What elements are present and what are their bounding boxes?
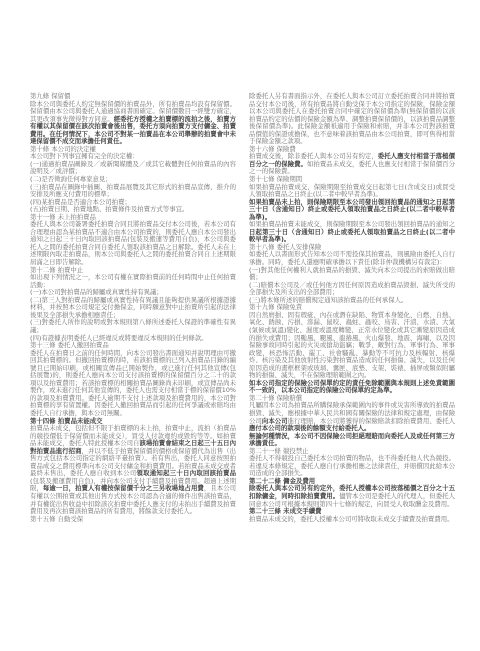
body-text: (一)對其他任何權利人就拍賣品的損毀、滅失向本公司提出的索賠做出賠償；: [249, 266, 455, 282]
paragraph: 如本公司指定的保險公司保單約定的責任免除範圍與本規則上述免責範圍不一致的，以本公…: [249, 380, 455, 395]
body-text: 因自然磨損、固有瑕疵、內在或潛在缺陷、物質本身變化、自燃、自熱、氧化、銹蝕、污損…: [249, 311, 455, 379]
paragraph: 除委托人與本公司另有約定外，委托人授權本公司按落槌價之百分之十五扣除傭金，同時扣…: [249, 485, 455, 508]
paragraph: 除委托人另有書面指示外，在委托人與本公司訂立委托拍賣合同并將拍賣品交付本公司後，…: [249, 93, 455, 146]
body-text: 如委托人以書面形式告知本公司不需投保其拍賣品，則風險由委托人自行承擔。同時，委托…: [249, 250, 455, 266]
body-text: (三)拍賣品在圖錄中插圖、拍賣品展覽及其它形式的拍賣品宣傳、推介的安排及所應支付…: [30, 183, 236, 199]
paragraph: (一)通過拍賣品圖錄及／或新聞媒體及／或其它載體對任何拍賣品的內容說明及／或評價…: [30, 161, 236, 176]
paragraph: (二)第三人對拍賣品的歸屬或真實性持有異議且能夠提供異議所根據證據材料，并按照本…: [30, 297, 236, 320]
paragraph: 因自然磨損、固有瑕疵、內在或潛在缺陷、物質本身變化、自燃、自熱、氧化、銹蝕、污損…: [249, 312, 455, 380]
body-text: 如出現下列情況之一，本公司有權在實際拍賣前的任何時間中止任何拍賣活動：: [30, 273, 236, 289]
paragraph: 凡屬因本公司為拍賣品所購保險承保範圍內的事件或災害所導致的拍賣品損毀、滅失，應根…: [249, 402, 455, 432]
body-text: (一)通過拍賣品圖錄及／或新聞媒體及／或其它載體對任何拍賣品的內容說明及／或評價…: [30, 160, 236, 176]
body-text: (三)對委托人所作的說明或對本規則第八條所述委托人保證的準確性有異議；: [30, 318, 236, 334]
right-column: 除委托人另有書面指示外，在委托人與本公司訂立委托拍賣合同并將拍賣品交付本公司後，…: [249, 93, 455, 523]
paragraph: (三)對委托人所作的說明或對本規則第八條所述委托人保證的準確性有異議；: [30, 319, 236, 334]
body-text: 除委托人另有書面指示外，在委托人與本公司訂立委托拍賣合同并將拍賣品交付本公司後，…: [249, 92, 455, 145]
paragraph: 如果拍賣品拍賣成交，保險期限至拍賣成交日起第七日(含成交日)或買受人領取拍賣品之…: [249, 184, 455, 199]
emphasized-text: 日起第三十日（含通知日）終止或委托人領取拍賣品之日終止(以二者中較早者為準)。: [249, 228, 455, 244]
paragraph: 無論何種情況，本公司不因保險公司拒絕理賠而向委托人及或任何第三方承擔責任。: [249, 433, 455, 448]
paragraph: 委托人不得競投自己委托本公司拍賣的物品，也不得委托他人代為競投。若違反本條規定，…: [249, 455, 455, 478]
paragraph: 拍賣品未成交，包括但不限于拍賣標的未上拍，拍賣中止，流拍（拍賣品的競投價低于保留…: [30, 425, 236, 516]
body-text: (二)第三人對拍賣品的歸屬或真實性持有異議且能夠提供異議所根據證據材料，并按照本…: [30, 296, 236, 319]
body-text: (五)拍賣日期、拍賣地點、拍賣條件及拍賣方式等事宜。: [30, 205, 188, 213]
paragraph: (三)拍賣品在圖錄中插圖、拍賣品展覽及其它形式的拍賣品宣傳、推介的安排及所應支付…: [30, 184, 236, 199]
emphasized-text: 無論何種情況，本公司不因保險公司拒絕理賠而向委托人及或任何第三方承擔責任。: [249, 432, 455, 448]
paragraph: 委托人在拍賣日之前的任何時間，向本公司發出書面通知并說明理由可撤回其拍賣標的。但…: [30, 350, 236, 418]
emphasized-text: 如果拍賣品未上拍，則保險期限至本公司發出領回拍賣品的通知之日起第三十日（含通知日…: [249, 198, 455, 221]
section-heading: 第十五條 自動受保: [30, 516, 236, 524]
paragraph: (一)對其他任何權利人就拍賣品的損毀、滅失向本公司提出的索賠做出賠償；: [249, 267, 455, 282]
paragraph: 如出現下列情況之一，本公司有權在實際拍賣前的任何時間中止任何拍賣活動：: [30, 274, 236, 289]
body-text: 如果拍賣品拍賣成交，保險期限至拍賣成交日起第七日(含成交日)或買受人領取拍賣品之…: [249, 183, 455, 199]
body-text: 委托人不得競投自己委托本公司拍賣的物品，也不得委托他人代為競投。若違反本條規定，…: [249, 454, 455, 477]
emphasized-text: 如本公司指定的保險公司保單約定的責任免除範圍與本規則上述免責範圍不一致的，以本公…: [249, 379, 455, 395]
paragraph: 拍賣品未成交的，委托人授權本公司可將收取未成交手續費及拍賣費用。: [249, 516, 455, 524]
paragraph: 拍賣成交後，除非委托人與本公司另有約定，委托人應支付相當于落槌價百分之一的保險費…: [249, 153, 455, 176]
body-text: (二)賠償本公司及／或任何他方因任何原因造成拍賣品毀損、滅失所受的全部損失及所支…: [249, 281, 455, 297]
paragraph: 如果拍賣品拍賣未能成交，則保險期限至本公司發出領回拍賣品的通知之日起第三十日（含…: [249, 221, 455, 244]
body-text: 委托人與本公司簽署委托拍賣合同且將拍賣品交付本公司後，若本公司有合理理由認為某拍…: [30, 220, 236, 266]
paragraph: 委托人與本公司簽署委托拍賣合同且將拍賣品交付本公司後，若本公司有合理理由認為某拍…: [30, 221, 236, 266]
paragraph: 除本公司與委托人約定無保留價的拍賣品外，所有拍賣品均設有保留價。保留價由本公司與…: [30, 101, 236, 146]
paragraph: 如委托人以書面形式告知本公司不需投保其拍賣品，則風險由委托人自行承擔。同時，委托…: [249, 251, 455, 266]
body-text: 委托人在拍賣日之前的任何時間，向本公司發出書面通知并說明理由可撤回其拍賣標的。但…: [30, 349, 236, 417]
body-text: 拍賣品未成交的，委托人授權本公司可將收取未成交手續費及拍賣費用。: [249, 515, 454, 523]
left-column: 第九條 保留價除本公司與委托人約定無保留價的拍賣品外，所有拍賣品均設有保留價。保…: [30, 93, 236, 523]
two-column-text-layout: 第九條 保留價除本公司與委托人約定無保留價的拍賣品外，所有拍賣品均設有保留價。保…: [30, 93, 455, 523]
paragraph: (二)賠償本公司及／或任何他方因任何原因造成拍賣品毀損、滅失所受的全部損失及所支…: [249, 282, 455, 297]
document-page: 第九條 保留價除本公司與委托人約定無保留價的拍賣品外，所有拍賣品均設有保留價。保…: [0, 0, 480, 651]
paragraph: 如果拍賣品未上拍，則保險期限至本公司發出領回拍賣品的通知之日起第三十日（含通知日…: [249, 199, 455, 222]
